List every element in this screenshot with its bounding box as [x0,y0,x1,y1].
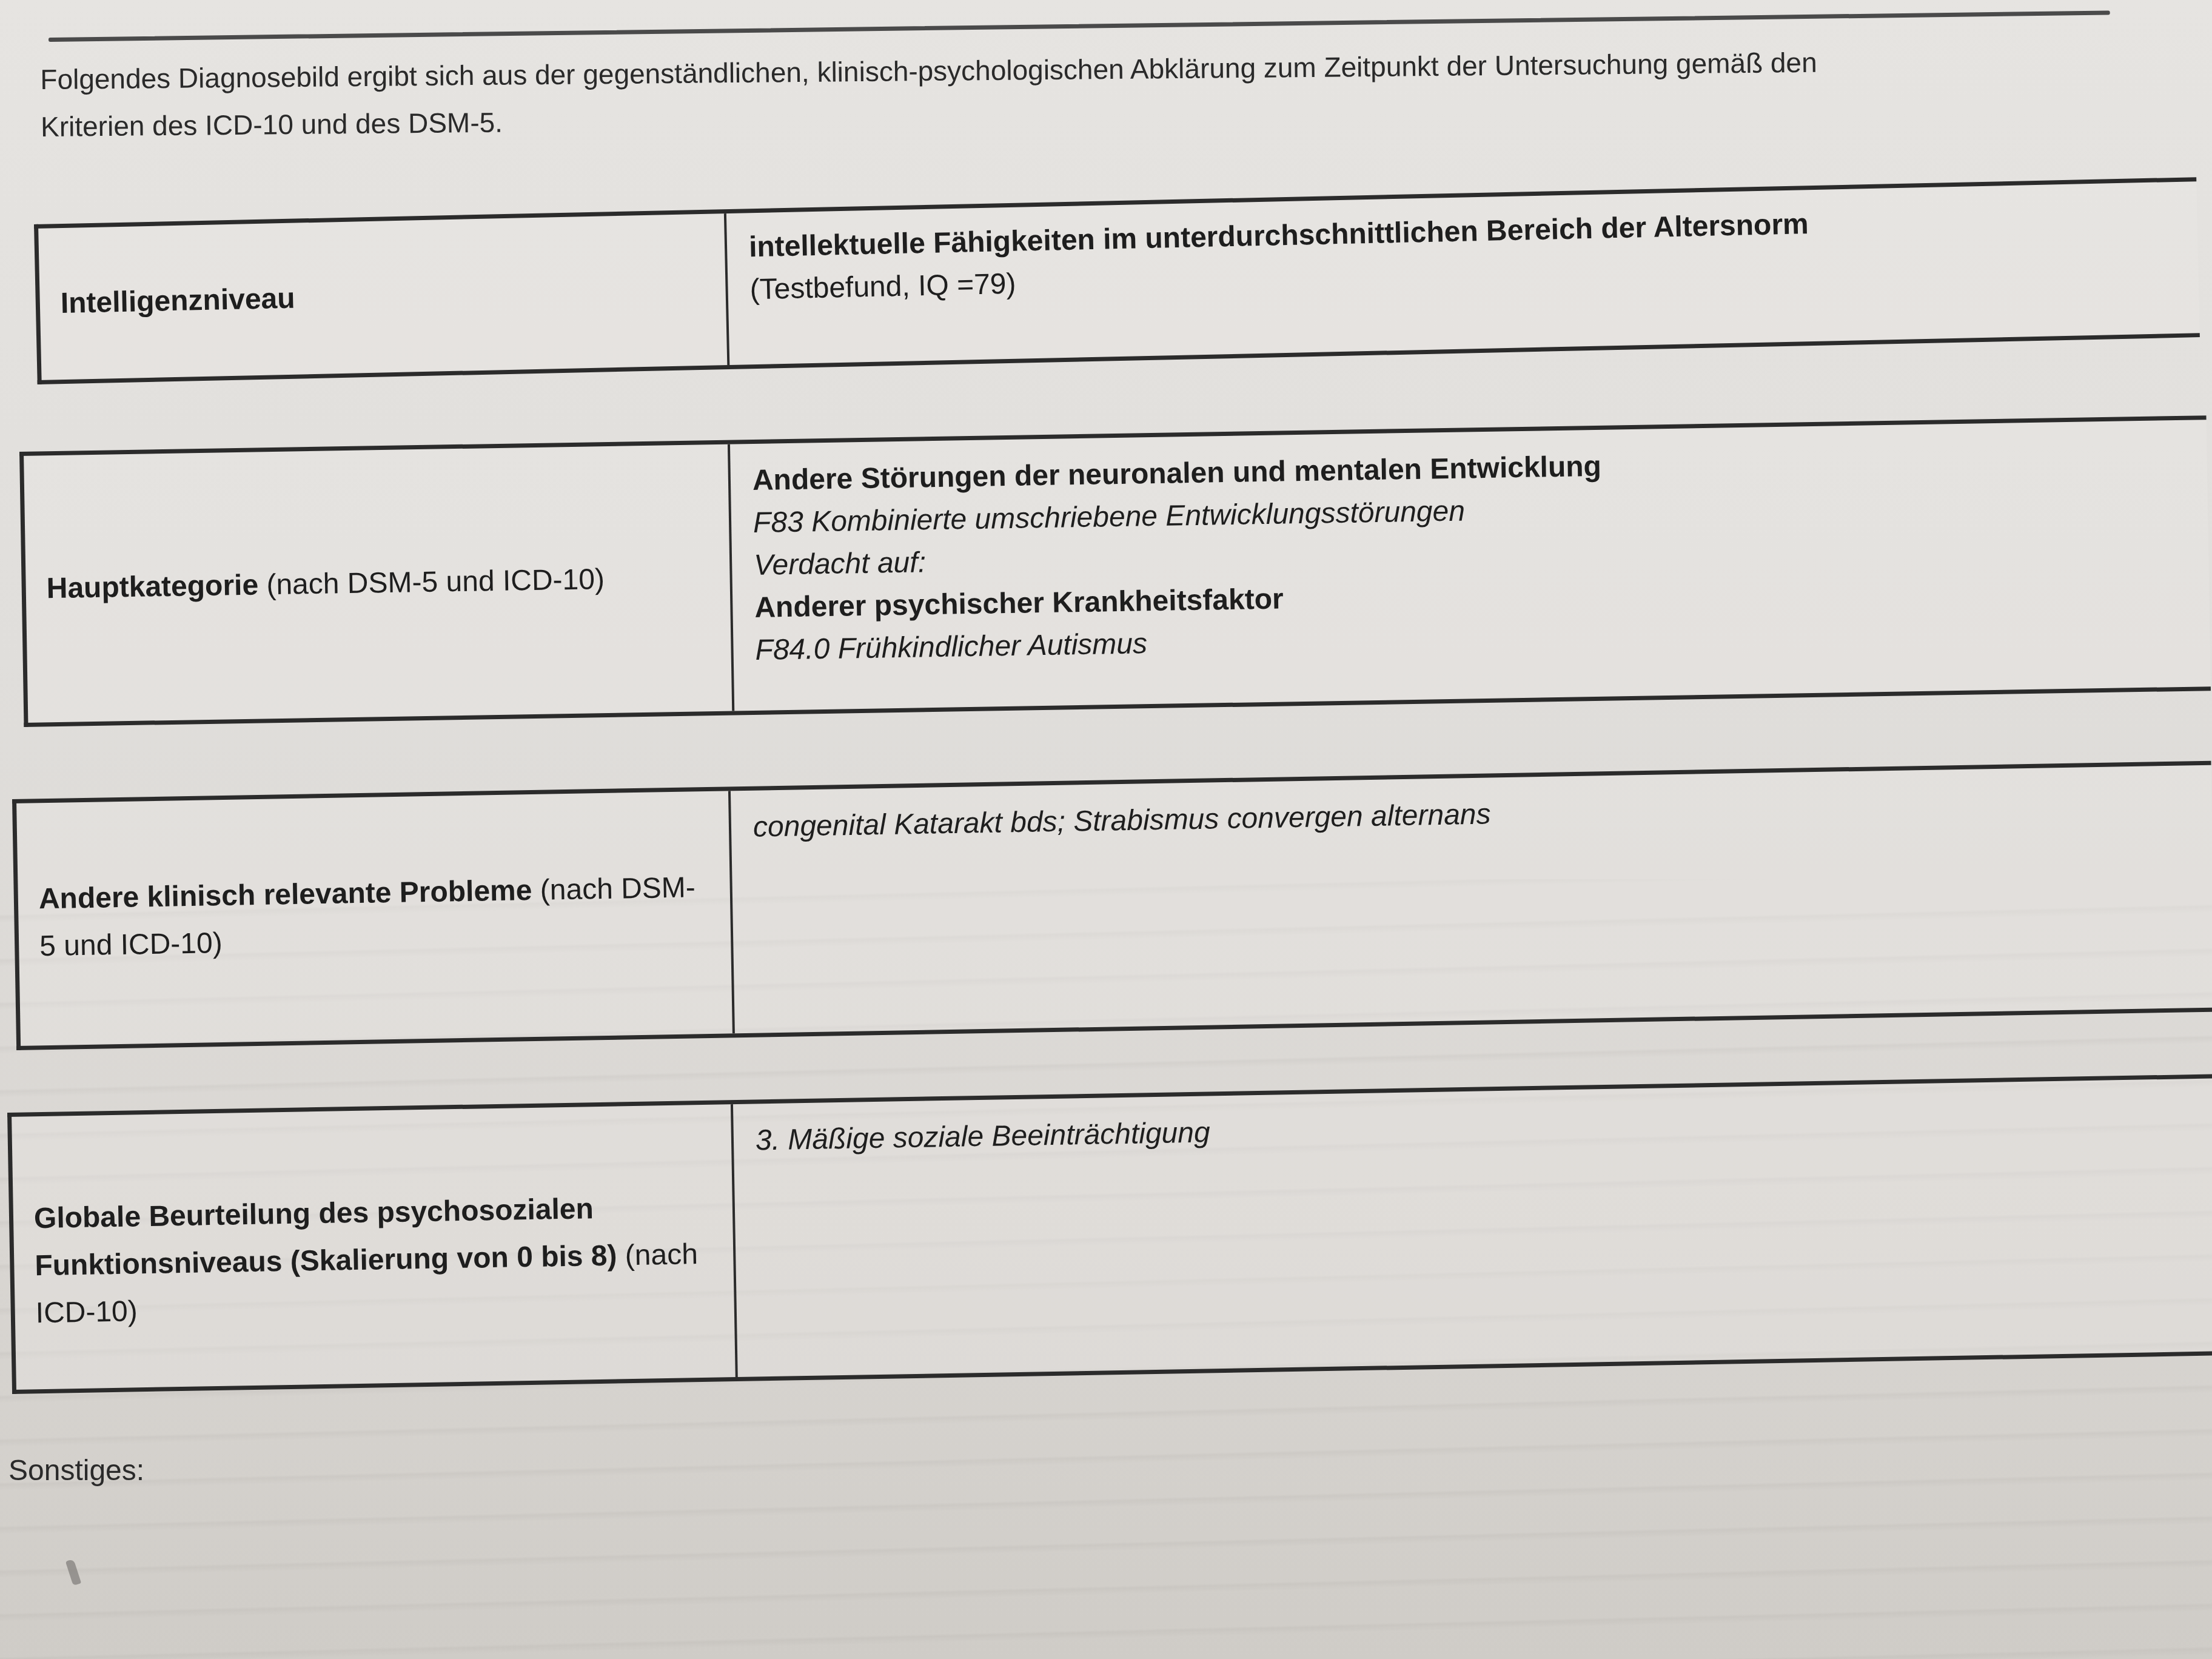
table-label-cell: Andere klinisch relevante Probleme (nach… [16,791,735,1045]
label-bold: Intelligenzniveau [60,283,295,320]
label-bold: Hauptkategorie [46,569,258,605]
diagnosis-table-other-problems: Andere klinisch relevante Probleme (nach… [12,761,2212,1050]
table-value-cell: intellektuelle Fähigkeiten im unterdurch… [726,181,2200,365]
other-notes-label: Sonstiges: [8,1454,144,1487]
label-normal: (nach DSM-5 und ICD-10) [258,563,605,601]
intro-paragraph: Folgendes Diagnosebild ergibt sich aus d… [40,36,2151,150]
table-value-cell: congenital Katarakt bds; Strabismus conv… [731,765,2212,1034]
value-line: 3. Mäßige soziale Beeinträchtigung [755,1094,2191,1162]
label-bold: Andere klinisch relevante Probleme [38,874,532,915]
table-label-cell: Hauptkategorie (nach DSM-5 und ICD-10) [24,444,734,723]
value-line: congenital Katarakt bds; Strabismus conv… [752,781,2190,848]
table-label-cell: Intelligenzniveau [38,213,729,380]
diagnosis-table-main-category: Hauptkategorie (nach DSM-5 und ICD-10) A… [19,415,2211,727]
table-value-cell: Andere Störungen der neuronalen und ment… [730,420,2211,711]
table-value-cell: 3. Mäßige soziale Beeinträchtigung [733,1079,2212,1378]
diagnosis-table-global-assessment: Globale Beurteilung des psychosozialen F… [7,1074,2212,1394]
table-label-cell: Globale Beurteilung des psychosozialen F… [12,1104,738,1390]
label-bold: Globale Beurteilung des psychosozialen F… [34,1193,617,1282]
